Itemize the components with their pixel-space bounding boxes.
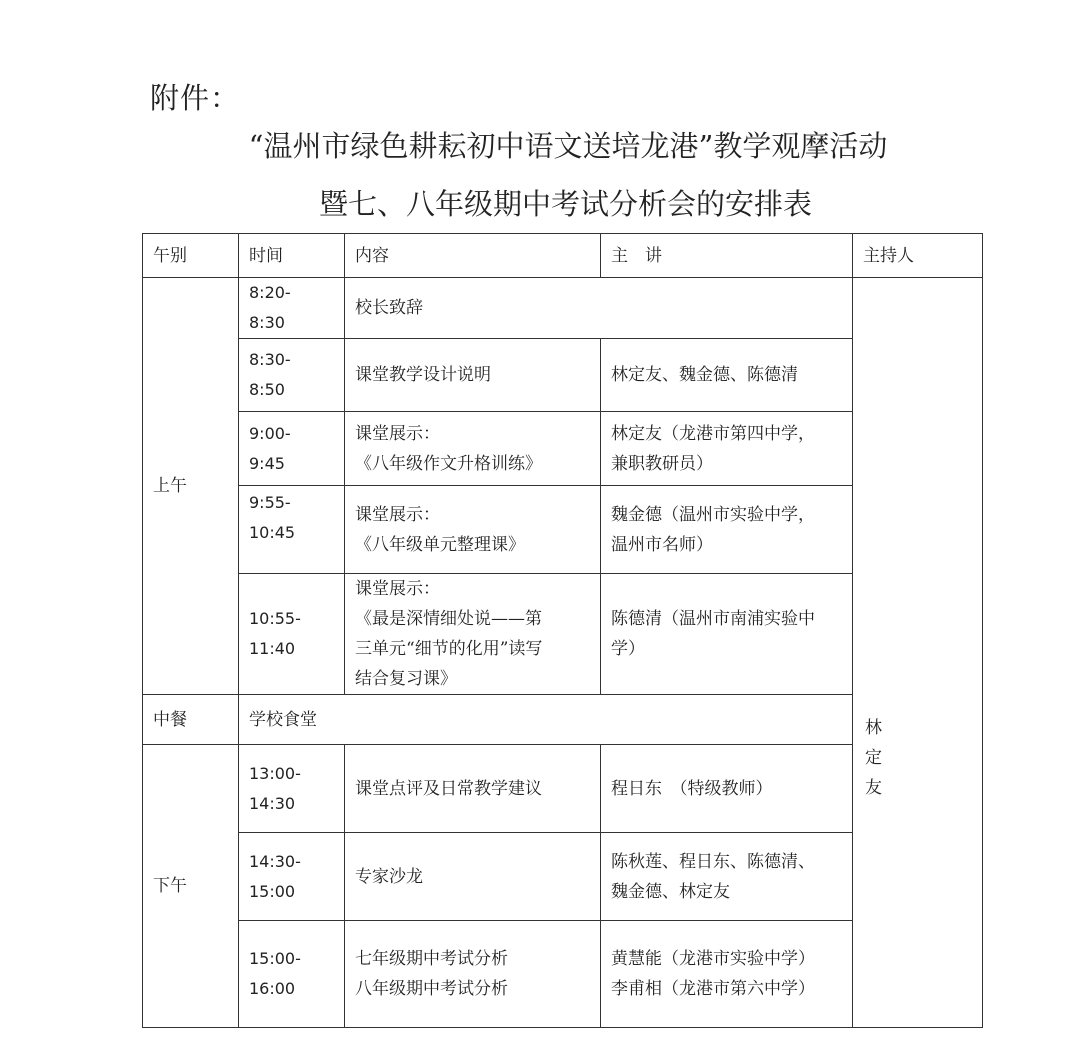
speaker-line: 陈秋莲、程日东、陈德清、 <box>611 847 842 877</box>
content-line: 课堂展示： <box>355 500 590 530</box>
speaker-line: 陈德清（温州市南浦实验中 <box>611 604 842 634</box>
speaker-cell: 程日东 （特级教师） <box>601 745 853 833</box>
host-char: 林 <box>865 713 972 743</box>
session-morning: 上午 <box>143 278 239 695</box>
speaker-line: 李甫相（龙港市第六中学） <box>611 974 842 1004</box>
time-end: 11:40 <box>249 634 334 664</box>
time-start: 9:55- <box>249 488 334 518</box>
speaker-line: 温州市名师） <box>611 530 842 560</box>
time-start: 8:30- <box>249 345 334 375</box>
content-line: 七年级期中考试分析 <box>355 944 590 974</box>
time-cell: 9:00- 9:45 <box>239 412 345 486</box>
content-line: 课堂点评及日常教学建议 <box>355 774 590 804</box>
time-start: 14:30- <box>249 847 334 877</box>
session-lunch: 中餐 <box>143 695 239 745</box>
speaker-line: 学） <box>611 634 842 664</box>
document-title-line-1: “温州市绿色耕耘初中语文送培龙港”教学观摩活动 <box>0 124 1081 165</box>
content-cell: 七年级期中考试分析 八年级期中考试分析 <box>345 921 601 1028</box>
content-line: 结合复习课》 <box>355 664 590 694</box>
schedule-table: 午别 时间 内容 主 讲 主持人 上午 8:20- 8:30 校长致辞 林 定 … <box>142 233 983 1028</box>
content-cell: 专家沙龙 <box>345 833 601 921</box>
speaker-cell: 黄慧能（龙港市实验中学） 李甫相（龙港市第六中学） <box>601 921 853 1028</box>
time-cell: 8:30- 8:50 <box>239 339 345 412</box>
lunch-place: 学校食堂 <box>239 695 853 745</box>
attachment-label: 附件： <box>150 76 240 117</box>
header-host: 主持人 <box>853 234 983 278</box>
content-line: 八年级期中考试分析 <box>355 974 590 1004</box>
content-line: 《最是深情细处说——第 <box>355 604 590 634</box>
content-line: 专家沙龙 <box>355 862 590 892</box>
time-end: 10:45 <box>249 518 334 548</box>
content-line: 课堂教学设计说明 <box>355 360 590 390</box>
time-start: 8:20- <box>249 278 334 308</box>
time-cell: 13:00- 14:30 <box>239 745 345 833</box>
host-cell: 林 定 友 <box>853 278 983 1028</box>
speaker-line: 黄慧能（龙港市实验中学） <box>611 944 842 974</box>
time-end: 16:00 <box>249 974 334 1004</box>
speaker-line: 林定友（龙港市第四中学， <box>611 419 842 449</box>
content-line: 课堂展示： <box>355 419 590 449</box>
speaker-cell: 魏金德（温州市实验中学， 温州市名师） <box>601 486 853 574</box>
content-cell: 课堂展示： 《最是深情细处说——第 三单元“细节的化用”读写 结合复习课》 <box>345 574 601 695</box>
speaker-line: 魏金德、林定友 <box>611 877 842 907</box>
time-end: 8:50 <box>249 375 334 405</box>
time-cell: 15:00- 16:00 <box>239 921 345 1028</box>
speaker-line: 程日东 （特级教师） <box>611 774 842 804</box>
time-cell: 8:20- 8:30 <box>239 278 345 339</box>
content-cell: 课堂展示： 《八年级作文升格训练》 <box>345 412 601 486</box>
time-end: 14:30 <box>249 789 334 819</box>
header-speaker: 主 讲 <box>601 234 853 278</box>
time-start: 10:55- <box>249 604 334 634</box>
time-end: 8:30 <box>249 308 334 338</box>
time-cell: 9:55- 10:45 <box>239 486 345 574</box>
content-cell: 校长致辞 <box>345 278 853 339</box>
content-cell: 课堂教学设计说明 <box>345 339 601 412</box>
time-start: 9:00- <box>249 419 334 449</box>
speaker-line: 兼职教研员） <box>611 449 842 479</box>
header-content: 内容 <box>345 234 601 278</box>
host-char: 友 <box>865 773 972 803</box>
host-char: 定 <box>865 743 972 773</box>
time-cell: 10:55- 11:40 <box>239 574 345 695</box>
time-start: 15:00- <box>249 944 334 974</box>
speaker-cell: 陈德清（温州市南浦实验中 学） <box>601 574 853 695</box>
speaker-line: 魏金德（温州市实验中学， <box>611 500 842 530</box>
content-cell: 课堂展示： 《八年级单元整理课》 <box>345 486 601 574</box>
content-line: 三单元“细节的化用”读写 <box>355 634 590 664</box>
content-line: 《八年级作文升格训练》 <box>355 449 590 479</box>
header-time: 时间 <box>239 234 345 278</box>
speaker-cell: 陈秋莲、程日东、陈德清、 魏金德、林定友 <box>601 833 853 921</box>
content-line: 课堂展示： <box>355 574 590 604</box>
time-end: 15:00 <box>249 877 334 907</box>
speaker-cell: 林定友、魏金德、陈德清 <box>601 339 853 412</box>
content-line: 校长致辞 <box>355 293 842 323</box>
content-line: 《八年级单元整理课》 <box>355 530 590 560</box>
table-row: 上午 8:20- 8:30 校长致辞 林 定 友 <box>143 278 983 339</box>
host-name: 林 定 友 <box>865 713 972 803</box>
header-session: 午别 <box>143 234 239 278</box>
table-header-row: 午别 时间 内容 主 讲 主持人 <box>143 234 983 278</box>
session-afternoon: 下午 <box>143 745 239 1028</box>
speaker-line: 林定友、魏金德、陈德清 <box>611 360 842 390</box>
time-end: 9:45 <box>249 449 334 479</box>
content-cell: 课堂点评及日常教学建议 <box>345 745 601 833</box>
speaker-cell: 林定友（龙港市第四中学， 兼职教研员） <box>601 412 853 486</box>
document-title-line-2: 暨七、八年级期中考试分析会的安排表 <box>0 182 1081 223</box>
time-cell: 14:30- 15:00 <box>239 833 345 921</box>
time-start: 13:00- <box>249 759 334 789</box>
